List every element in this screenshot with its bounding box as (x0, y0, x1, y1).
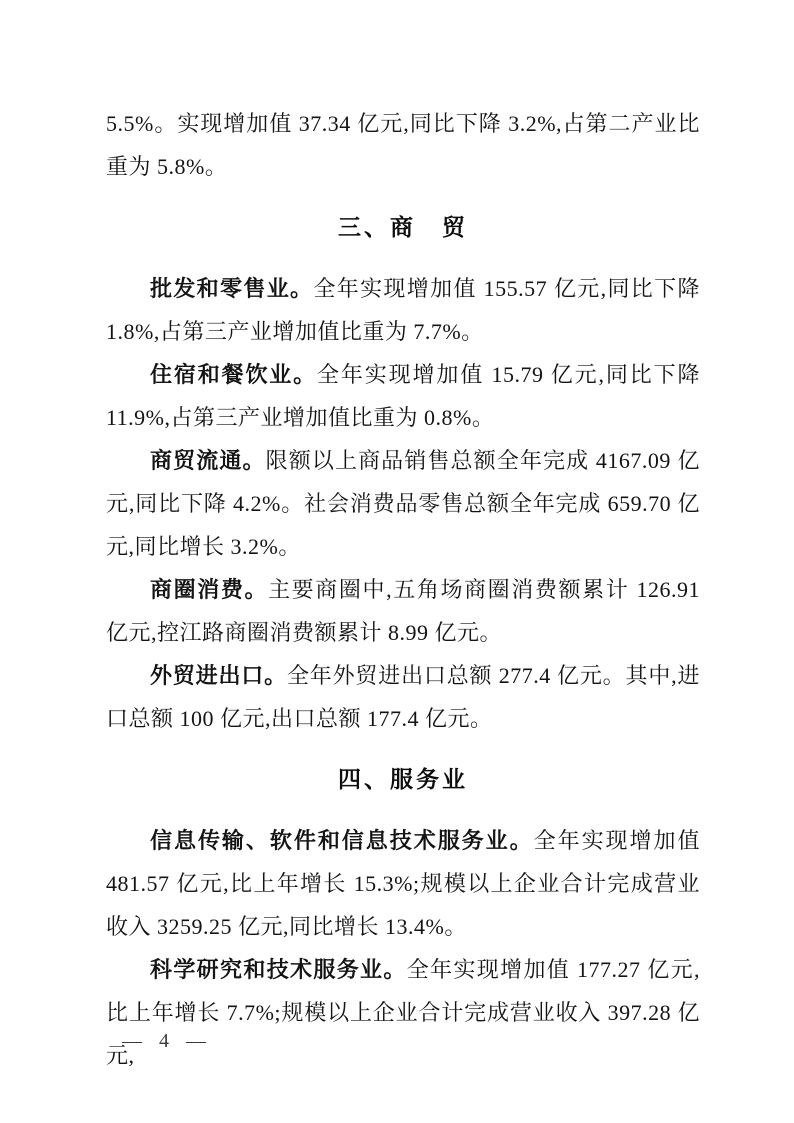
paragraph-foreign-trade: 外贸进出口。全年外贸进出口总额 277.4 亿元。其中,进口总额 100 亿元,… (106, 654, 700, 740)
paragraph-lead: 住宿和餐饮业。 (150, 362, 317, 387)
paragraph-lead: 商贸流通。 (150, 448, 266, 473)
section-heading-commerce: 三、商 贸 (106, 206, 700, 249)
paragraph-lead: 商圈消费。 (150, 577, 268, 602)
paragraph-information-technology-services: 信息传输、软件和信息技术服务业。全年实现增加值 481.57 亿元,比上年增长 … (106, 819, 700, 948)
page-number: — 4 — (122, 1026, 212, 1056)
paragraph-accommodation-catering: 住宿和餐饮业。全年实现增加值 15.79 亿元,同比下降 11.9%,占第三产业… (106, 353, 700, 439)
paragraph-trade-circulation: 商贸流通。限额以上商品销售总额全年完成 4167.09 亿元,同比下降 4.2%… (106, 439, 700, 568)
document-page: 5.5%。实现增加值 37.34 亿元,同比下降 3.2%,占第二产业比重为 5… (0, 0, 794, 1123)
paragraph-wholesale-retail: 批发和零售业。全年实现增加值 155.57 亿元,同比下降 1.8%,占第三产业… (106, 267, 700, 353)
section-heading-services: 四、服务业 (106, 758, 700, 801)
paragraph-business-district-consumption: 商圈消费。主要商圈中,五角场商圈消费额累计 126.91 亿元,控江路商圈消费额… (106, 568, 700, 654)
paragraph-continuation: 5.5%。实现增加值 37.34 亿元,同比下降 3.2%,占第二产业比重为 5… (106, 102, 700, 188)
paragraph-lead: 外贸进出口。 (150, 663, 287, 688)
paragraph-scientific-research-services: 科学研究和技术服务业。全年实现增加值 177.27 亿元,比上年增长 7.7%;… (106, 948, 700, 1077)
paragraph-lead: 科学研究和技术服务业。 (150, 957, 407, 982)
paragraph-lead: 批发和零售业。 (150, 276, 313, 301)
paragraph-lead: 信息传输、软件和信息技术服务业。 (150, 828, 534, 853)
